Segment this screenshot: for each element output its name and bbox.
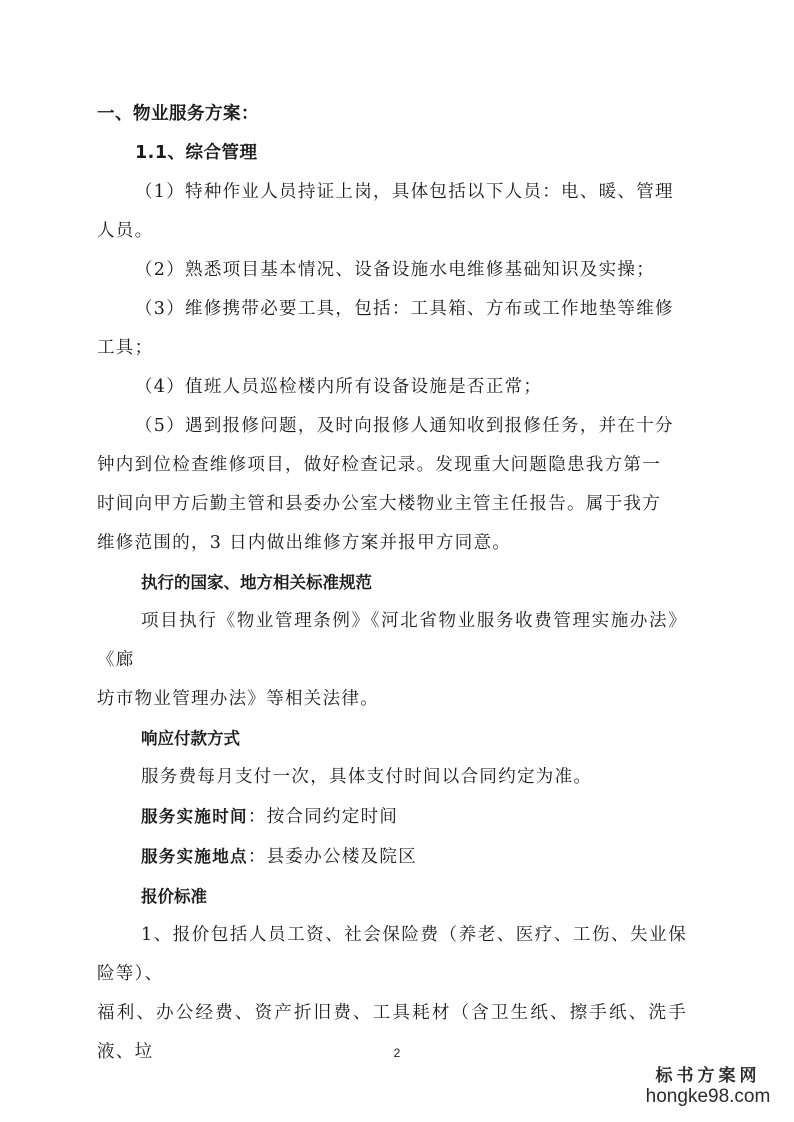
payment-text: 服务费每月支付一次，具体支付时间以合同约定为准。 <box>97 758 687 797</box>
payment-heading: 响应付款方式 <box>97 719 687 758</box>
standards-text-1: 项目执行《物业管理条例》《河北省物业服务收费管理实施办法》《廊 <box>97 602 687 680</box>
service-time: 服务实施时间：按合同约定时间 <box>97 797 687 837</box>
watermark-title: 标书方案网 <box>638 1066 778 1086</box>
list-item-1-cont: 人员。 <box>97 212 687 251</box>
list-item-5-cont-2: 时间向甲方后勤主管和县委办公室大楼物业主管主任报告。属于我方 <box>97 485 687 524</box>
list-item-5: （5）遇到报修问题，及时向报修人通知收到报修任务，并在十分 <box>97 407 687 446</box>
page-number: 2 <box>0 1046 794 1060</box>
list-item-3: （3）维修携带必要工具，包括：工具箱、方布或工作地垫等维修 <box>97 290 687 329</box>
service-time-label: 服务实施时间 <box>141 807 248 826</box>
list-item-1: （1）特种作业人员持证上岗，具体包括以下人员：电、暖、管理 <box>97 173 687 212</box>
service-time-colon: ： <box>248 807 267 827</box>
list-item-2: （2）熟悉项目基本情况、设备设施水电维修基础知识及实操； <box>97 251 687 290</box>
watermark-logo: 标书方案网 hongke98.com <box>638 1066 778 1108</box>
service-location-colon: ： <box>248 847 267 867</box>
document-page: 一、物业服务方案： 1.1、综合管理 （1）特种作业人员持证上岗，具体包括以下人… <box>97 95 687 1072</box>
list-item-5-cont-3: 维修范围的，3 日内做出维修方案并报甲方同意。 <box>97 524 687 563</box>
service-time-value: 按合同约定时间 <box>267 807 399 827</box>
list-item-4: （4）值班人员巡检楼内所有设备设施是否正常； <box>97 368 687 407</box>
standards-heading: 执行的国家、地方相关标准规范 <box>97 563 687 602</box>
service-location: 服务实施地点：县委办公楼及院区 <box>97 837 687 877</box>
section-title: 一、物业服务方案： <box>97 95 687 134</box>
service-location-label: 服务实施地点 <box>141 847 248 866</box>
pricing-text-1: 1、报价包括人员工资、社会保险费（养老、医疗、工伤、失业保险等）、 <box>97 916 687 994</box>
list-item-text: （1）特种作业人员持证上岗，具体包括以下人员：电、暖、管理 <box>135 182 674 202</box>
standards-text-2: 坊市物业管理办法》等相关法律。 <box>97 680 687 719</box>
service-location-value: 县委办公楼及院区 <box>267 847 417 867</box>
pricing-heading: 报价标准 <box>97 877 687 916</box>
pricing-text-2: 福利、办公经费、资产折旧费、工具耗材（含卫生纸、擦手纸、洗手液、垃 <box>97 994 687 1072</box>
list-item-3-cont: 工具； <box>97 329 687 368</box>
subsection-title: 1.1、综合管理 <box>97 134 687 173</box>
watermark-url: hongke98.com <box>638 1086 778 1108</box>
list-item-5-cont-1: 钟内到位检查维修项目，做好检查记录。发现重大问题隐患我方第一 <box>97 446 687 485</box>
